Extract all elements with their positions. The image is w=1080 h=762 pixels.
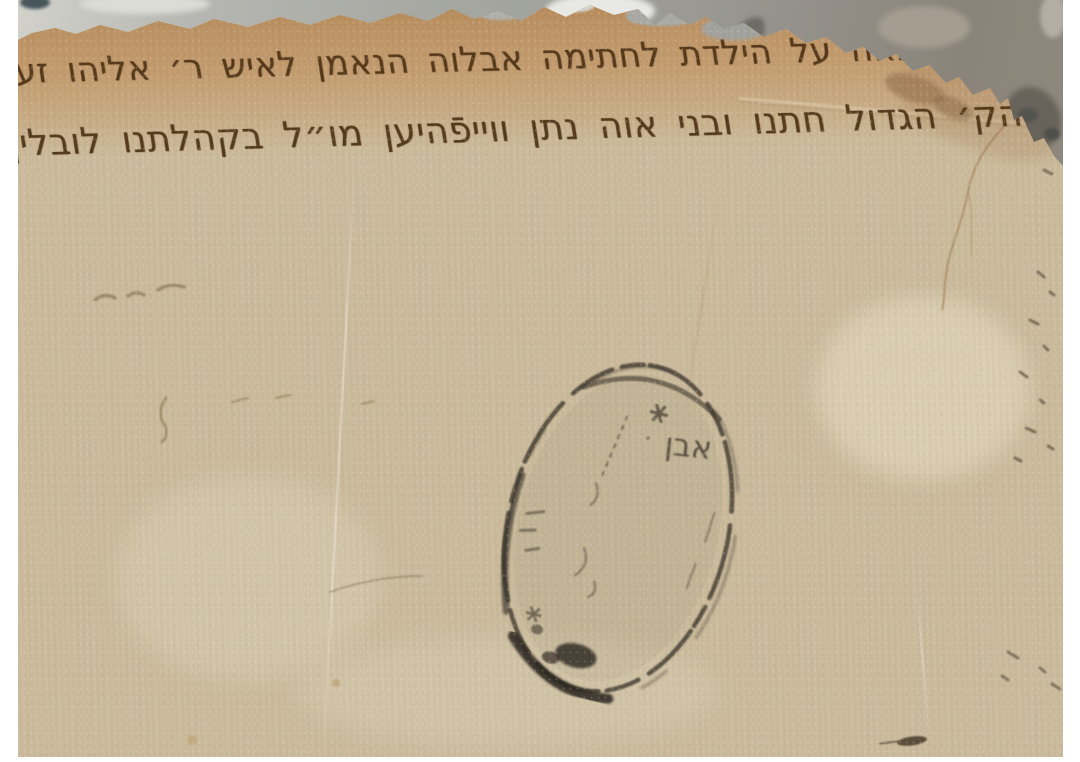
photo-frame-right [1063,0,1080,762]
backdrop-teal-speck [20,0,50,9]
paper-sheet: תורת באה על הילדת לחתימה אבלוה הנאמן לאי… [0,0,1080,762]
manuscript-photo: תורת באה על הילדת לחתימה אבלוה הנאמן לאי… [0,0,1080,762]
backdrop-light-patch [80,0,210,14]
photo-frame-left [0,0,18,762]
photo-vignette [0,0,1080,762]
photo-frame-bottom [0,757,1080,762]
backdrop-dark-speck [1044,128,1060,140]
backdrop-mid-patch [878,6,970,48]
